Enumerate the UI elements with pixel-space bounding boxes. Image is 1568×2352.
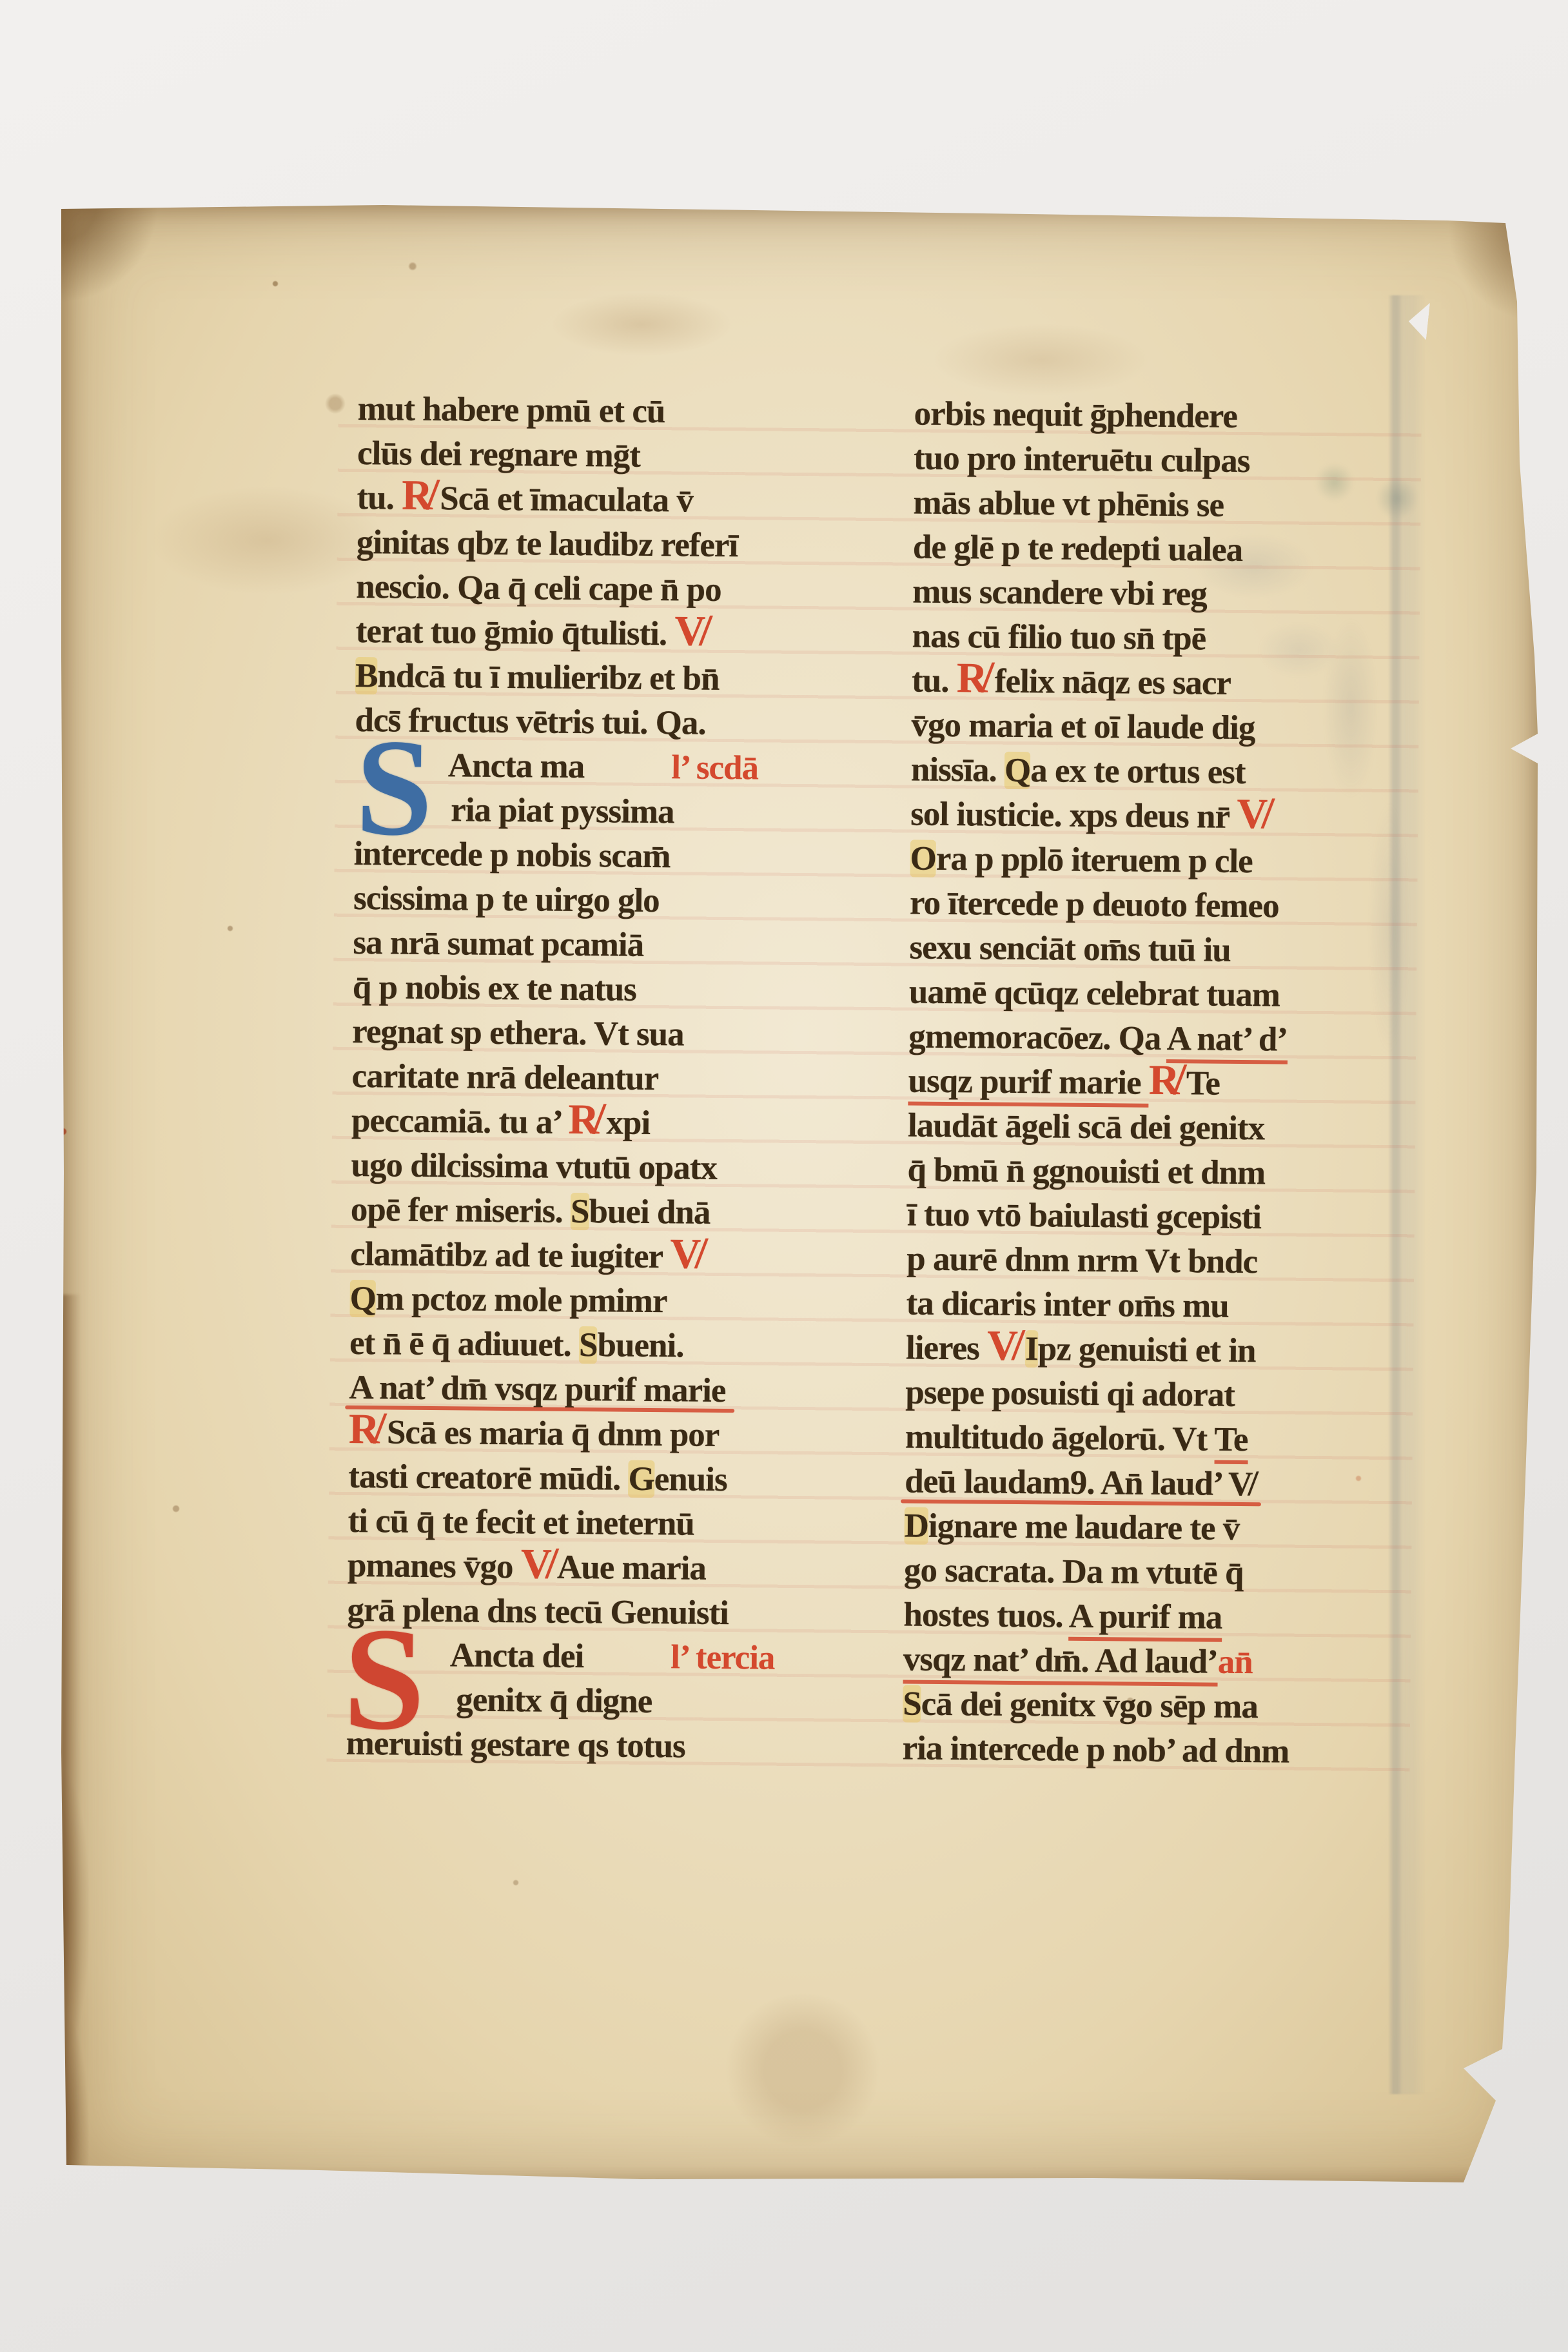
body-text: cā dei genitx v̄go sēp ma xyxy=(921,1685,1258,1726)
body-text: usqz purif marie xyxy=(908,1062,1149,1107)
body-text: ignare me laudare te v̄ xyxy=(928,1507,1240,1547)
body-text: deū laudam9. An̄ laud’ V̸ xyxy=(905,1462,1253,1503)
text-line: ria intercede p nob’ ad dnm xyxy=(902,1729,1289,1770)
body-text: go sacrata. Da m vtutē q̄ xyxy=(904,1551,1244,1592)
rubric-text: an̄ xyxy=(1218,1643,1253,1681)
body-text: tu. xyxy=(912,662,957,700)
body-text: mus scandere vbi reg xyxy=(912,573,1207,613)
illuminated-initial-blue-S: S xyxy=(355,718,433,857)
text-line: usqz purif marie R̸ Te xyxy=(908,1061,1220,1102)
body-text: multitudo āgelorū. Vt xyxy=(905,1418,1215,1458)
body-text: pz genuisti et in xyxy=(1037,1330,1255,1369)
body-text: de glē p te redepti ualea xyxy=(913,529,1243,569)
body-text: S xyxy=(903,1685,921,1722)
body-text: felix nāqz es sacr xyxy=(986,663,1231,702)
body-text: O xyxy=(910,840,936,877)
body-text: orbis nequit ḡphendere xyxy=(914,395,1237,435)
body-text: nas cū filio tuo sn̄ tpē xyxy=(912,618,1206,658)
text-line: tu. R̸ felix nāqz es sacr xyxy=(912,661,1231,703)
text-line: ī tuo vtō baiulasti gcepisti xyxy=(907,1195,1262,1237)
text-line: Dignare me laudare te v̄ xyxy=(904,1506,1239,1548)
text-line: mus scandere vbi reg xyxy=(912,573,1207,614)
text-line: Scā dei genitx v̄go sēp ma xyxy=(903,1684,1258,1726)
text-line: psepe posuisti qi adorat xyxy=(905,1373,1235,1414)
text-line: sexu senciāt om̄s tuū iu xyxy=(909,928,1231,969)
text-line: go sacrata. Da m vtutē q̄ xyxy=(904,1551,1244,1592)
text-block: mut habere pmū et cūclūs dei regnare mḡt… xyxy=(46,202,1541,2196)
body-text xyxy=(1017,1330,1026,1367)
text-line: orbis nequit ḡphendere xyxy=(914,395,1237,436)
body-text: Te xyxy=(1214,1421,1248,1464)
body-text: ra p pplō iteruem p cle xyxy=(936,840,1253,880)
body-text: gmemoracōez. Qa xyxy=(908,1017,1167,1057)
text-line: p aurē dnm nrm Vt bndc xyxy=(906,1239,1257,1281)
text-line: deū laudam9. An̄ laud’ V̸ xyxy=(905,1462,1253,1504)
body-text: v̄go maria et oī laude dig xyxy=(911,707,1255,747)
text-line: nas cū filio tuo sn̄ tpē xyxy=(912,617,1206,658)
body-text: q̄ bmū n̄ ggnouisti et dnm xyxy=(907,1151,1265,1191)
body-text: Q xyxy=(1004,752,1031,789)
text-line: lieres V̸ Ipz genuisti et in xyxy=(906,1328,1256,1370)
text-column-right: orbis nequit ḡphenderetuo pro interuētu … xyxy=(46,202,1541,2196)
body-text: vsqz nat’ dm̄. Ad laud’ xyxy=(903,1640,1219,1686)
body-text: A purif ma xyxy=(1069,1598,1222,1642)
text-line: mās ablue vt phēnis se xyxy=(913,484,1224,525)
body-text: uamē qcūqz celebrat tuam xyxy=(909,973,1280,1014)
text-line: multitudo āgelorū. Vt Te xyxy=(905,1417,1248,1459)
body-text: laudāt āgeli scā dei genitx xyxy=(908,1106,1265,1147)
text-line: uamē qcūqz celebrat tuam xyxy=(909,972,1280,1014)
rubric-mark: V̸ xyxy=(987,1322,1017,1369)
text-line: Ora p pplō iteruem p cle xyxy=(910,839,1252,881)
rubric-mark: R̸ xyxy=(956,654,986,701)
body-text: p aurē dnm nrm Vt bndc xyxy=(906,1240,1257,1280)
body-text: D xyxy=(904,1507,928,1544)
text-line: nissīa. Qa ex te ortus est xyxy=(911,750,1246,792)
body-text: a ex te ortus est xyxy=(1030,752,1246,791)
text-line: gmemoracōez. Qa A nat’ d’ xyxy=(908,1017,1288,1059)
text-line: de glē p te redepti ualea xyxy=(913,528,1243,569)
photo-backdrop: mut habere pmū et cūclūs dei regnare mḡt… xyxy=(0,0,1568,2352)
body-text: sexu senciāt om̄s tuū iu xyxy=(909,928,1231,968)
body-text: ta dicaris inter om̄s mu xyxy=(906,1284,1229,1324)
body-text: hostes tuos. xyxy=(903,1596,1069,1634)
body-text: ro ītercede p deuoto femeo xyxy=(910,885,1279,925)
body-text: tuo pro interuētu culpas xyxy=(914,440,1250,480)
text-line: hostes tuos. A purif ma xyxy=(903,1595,1222,1636)
body-text: psepe posuisti qi adorat xyxy=(905,1373,1235,1413)
text-line: vsqz nat’ dm̄. Ad laud’an̄ xyxy=(903,1640,1253,1681)
body-text: lieres xyxy=(906,1329,987,1367)
rubric-mark: V̸ xyxy=(1237,790,1267,838)
text-line: laudāt āgeli scā dei genitx xyxy=(908,1106,1265,1148)
text-line: ta dicaris inter om̄s mu xyxy=(906,1284,1229,1325)
body-text: ria intercede p nob’ ad dnm xyxy=(902,1729,1289,1770)
illuminated-initial-red-S: S xyxy=(343,1605,426,1753)
text-line: tuo pro interuētu culpas xyxy=(914,439,1250,481)
manuscript-leaf: mut habere pmū et cūclūs dei regnare mḡt… xyxy=(61,205,1539,2186)
text-line: ro ītercede p deuoto femeo xyxy=(910,884,1279,926)
rubric-mark: R̸ xyxy=(1149,1057,1179,1104)
body-text: ī tuo vtō baiulasti gcepisti xyxy=(907,1195,1262,1236)
body-text: nissīa. xyxy=(911,751,1005,789)
body-text: mās ablue vt phēnis se xyxy=(913,484,1224,524)
text-line: v̄go maria et oī laude dig xyxy=(911,706,1255,748)
body-text: A nat’ d’ xyxy=(1166,1020,1288,1064)
body-text: sol iusticie. xps deus nr̄ xyxy=(910,796,1237,836)
body-text: Te xyxy=(1179,1064,1220,1102)
text-line: sol iusticie. xps deus nr̄ V̸ xyxy=(910,795,1267,837)
text-line: q̄ bmū n̄ ggnouisti et dnm xyxy=(907,1150,1265,1192)
body-text: I xyxy=(1025,1330,1038,1367)
